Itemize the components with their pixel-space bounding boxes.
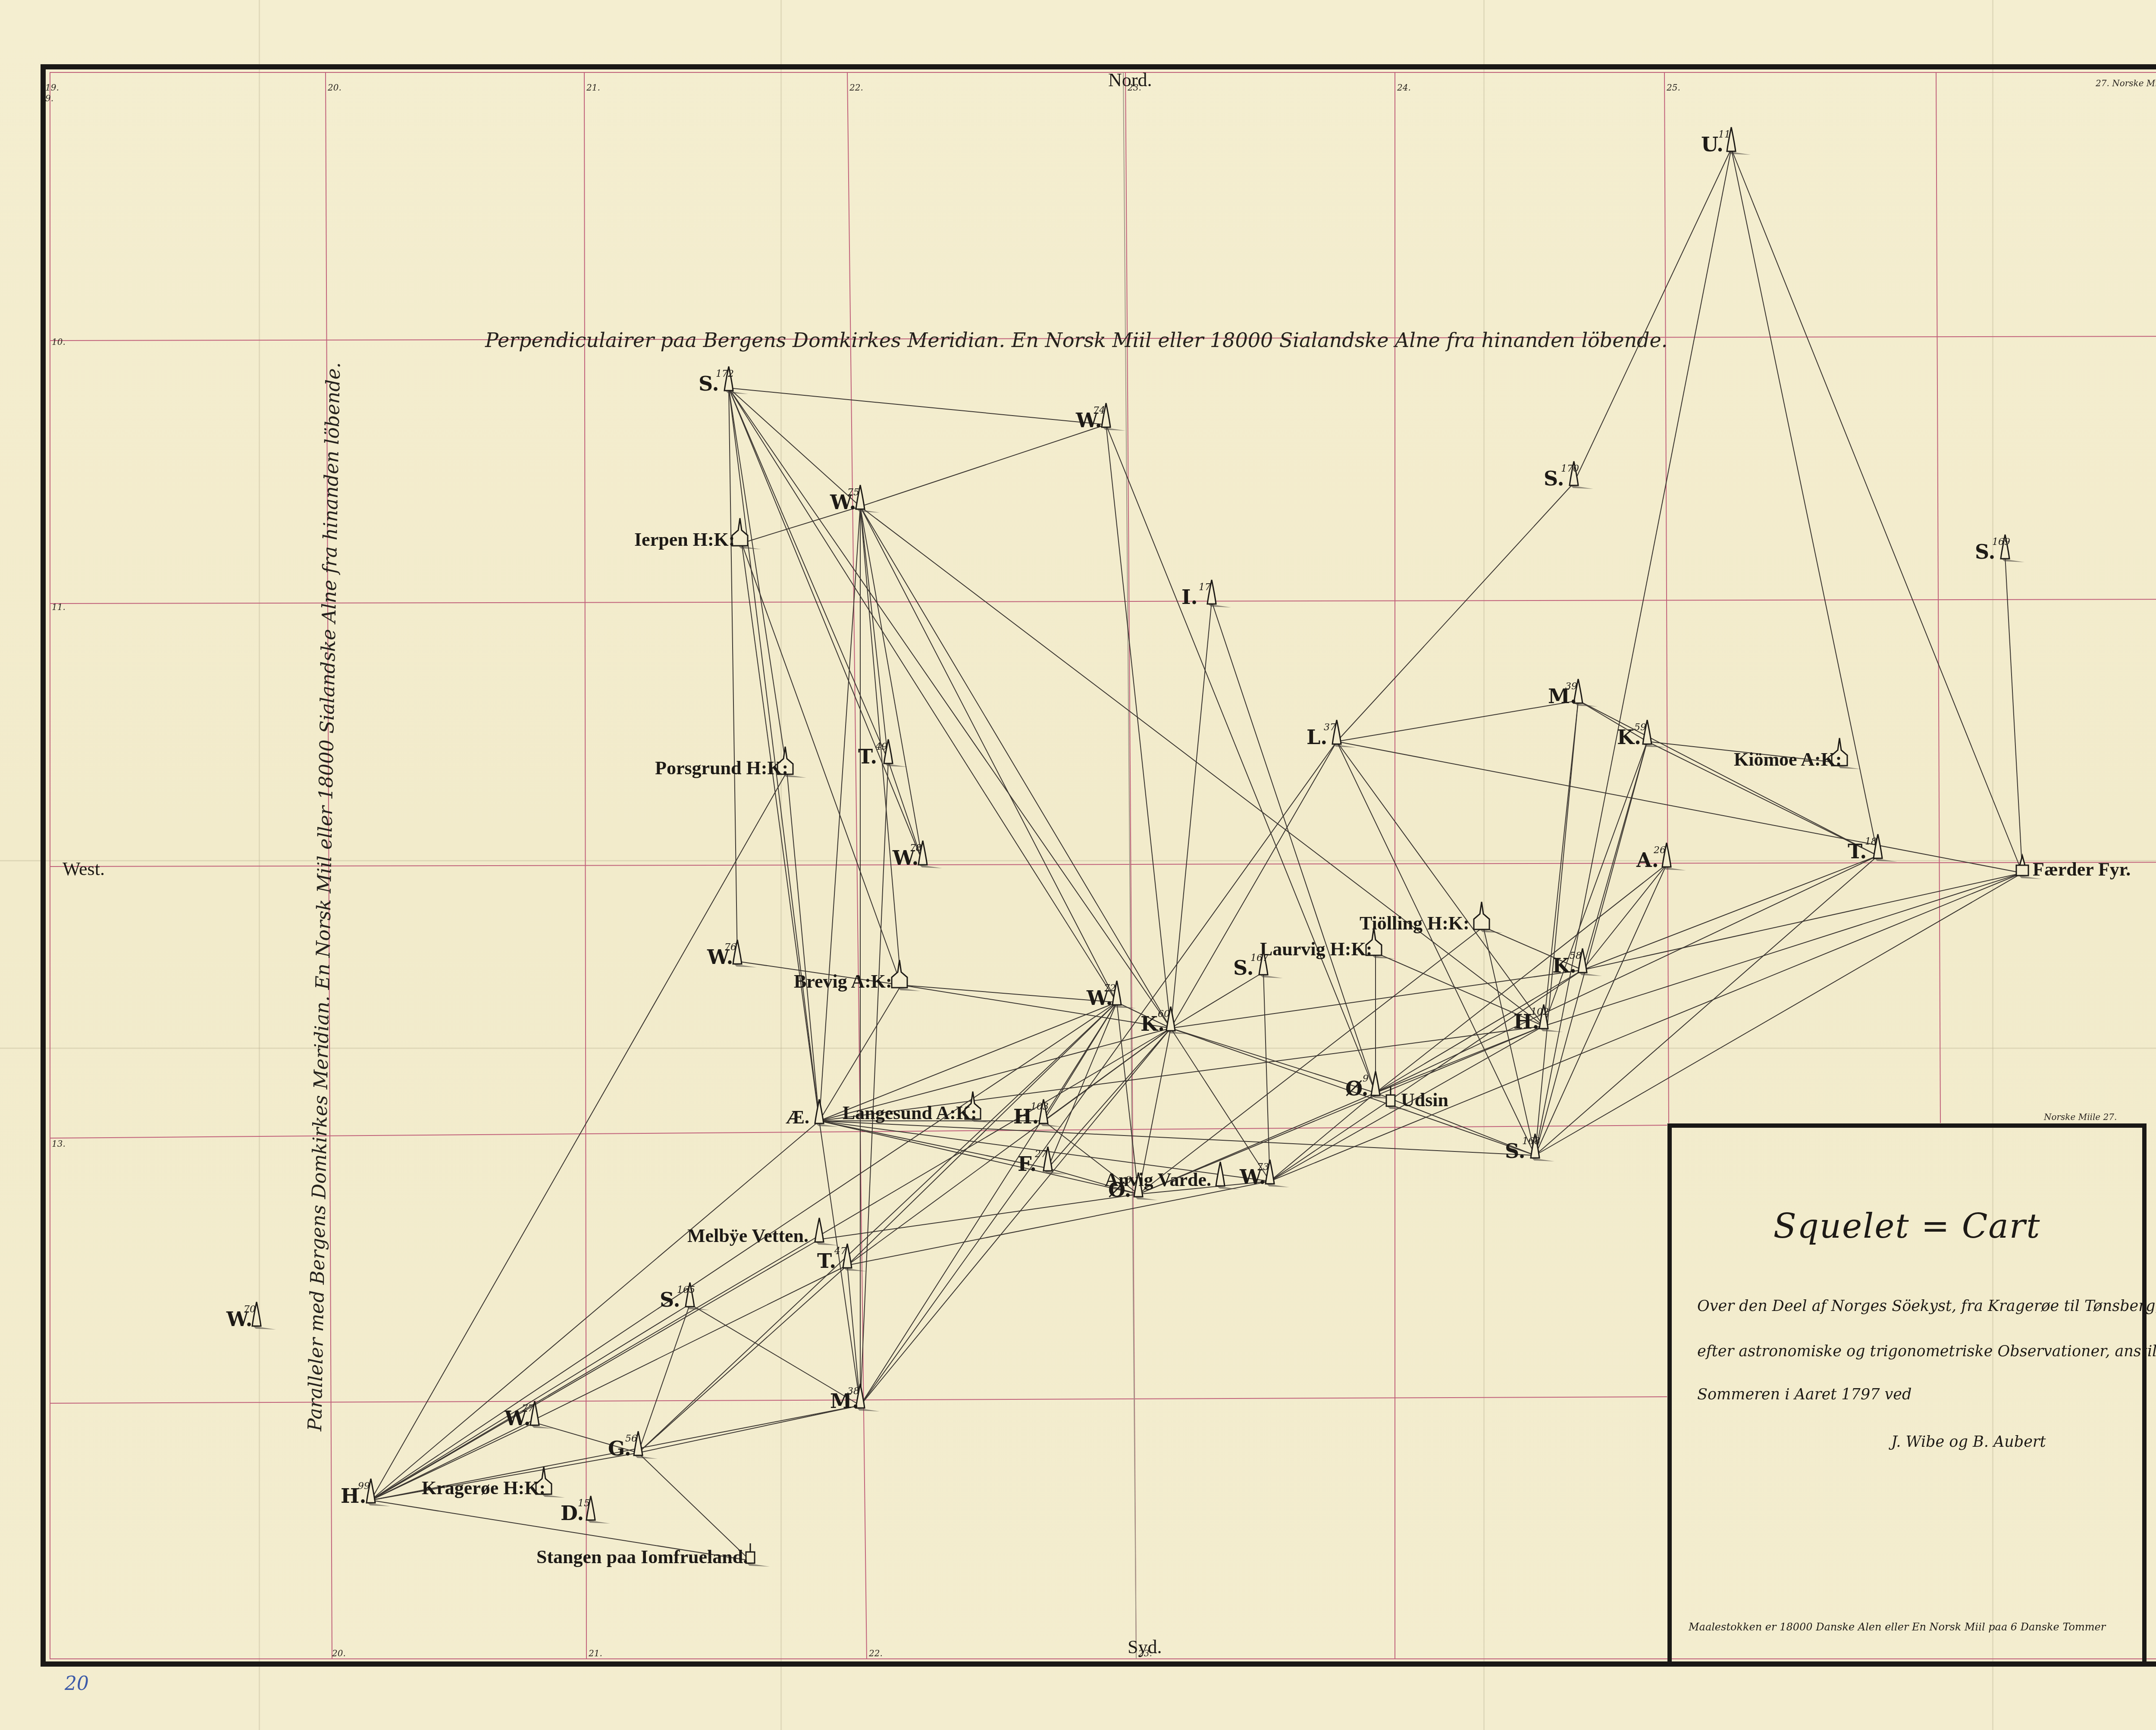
station-number: 172: [716, 369, 734, 379]
station-label: Udsin: [1401, 1089, 1448, 1111]
lighthouse-icon: [2016, 856, 2028, 876]
station-number: 78: [910, 843, 922, 854]
grid-number: 10.: [52, 337, 66, 347]
sight-line: [1544, 873, 2022, 1026]
sight-line: [1171, 972, 1263, 1028]
sight-line: [1535, 873, 2022, 1155]
grid-number: 19.: [45, 82, 59, 93]
sight-line: [860, 1028, 1171, 1405]
map-title: Squelet = Cart: [1667, 1207, 2147, 1246]
grid-number: 9.: [45, 93, 53, 103]
station-m39: M.39: [1548, 679, 1598, 708]
grid-number: 22.: [849, 82, 863, 93]
sight-line: [1535, 701, 1578, 1155]
station-stangen: Stangen paa Iomfrueland.: [536, 1543, 770, 1567]
station-s172: S.172: [699, 366, 748, 395]
sight-line: [860, 425, 1106, 507]
sight-line: [1337, 741, 2022, 873]
station-number: 47: [834, 1246, 846, 1257]
station-label: Kragerøe H:K:: [422, 1477, 545, 1498]
sight-line: [847, 1028, 1171, 1265]
sight-line: [638, 1405, 860, 1453]
station-label: Melbÿe Vetten.: [687, 1225, 808, 1246]
beacon-icon: [1386, 1086, 1395, 1106]
grid-number: 20.: [327, 82, 342, 93]
sight-line: [371, 1028, 1171, 1500]
sight-line: [860, 741, 1337, 1405]
sight-line: [729, 388, 1106, 425]
description-line-1: Over den Deel af Norges Söekyst, fra Kra…: [1697, 1298, 2156, 1315]
station-d15: D.15: [561, 1496, 610, 1525]
sight-line: [1048, 1002, 1117, 1168]
meridian-line: [1123, 72, 1136, 1659]
description-line-2: efter astronomiske og trigonometriske Ob…: [1697, 1343, 2156, 1360]
station-number: 77: [522, 1403, 534, 1414]
sight-line: [1270, 1093, 1376, 1181]
station-number: 76: [724, 942, 736, 953]
station-number: 72: [1104, 983, 1116, 994]
sight-line: [729, 388, 1171, 1028]
station-number: 73: [1257, 1162, 1269, 1173]
station-number: 37: [1324, 722, 1336, 733]
station-number: 27: [1034, 1149, 1047, 1160]
station-number: 169: [1992, 537, 2010, 547]
station-melbye: Melbÿe Vetten.: [687, 1218, 839, 1246]
sight-line: [371, 1239, 819, 1500]
station-h103: H.103: [1013, 1099, 1063, 1128]
sight-line: [638, 1453, 750, 1561]
station-s170: S.170: [1544, 461, 1593, 490]
sight-line: [729, 388, 737, 961]
station-number: 18: [1865, 836, 1877, 847]
sight-line: [371, 1121, 819, 1500]
station-label: Færder Fyr.: [2033, 859, 2131, 880]
station-number: 39: [1565, 681, 1577, 692]
corner-note: Norske Miile 27.: [2043, 1112, 2117, 1122]
sight-line: [1337, 701, 1578, 741]
station-number: 49: [875, 741, 887, 752]
station-anvig: Anvig Varde.: [1105, 1162, 1240, 1190]
station-number: 103: [1031, 1101, 1049, 1112]
perpendicular-caption: Perpendiculairer paa Bergens Domkirkes M…: [485, 328, 1667, 352]
title-cartouche: Squelet = Cart Over den Deel af Norges S…: [1667, 1123, 2147, 1667]
station-w76: W.76: [707, 940, 757, 969]
station-w72: W.72: [1086, 981, 1136, 1010]
church-icon: [1474, 902, 1489, 929]
sight-line: [847, 1265, 860, 1405]
station-number: 38: [847, 1386, 859, 1397]
sight-line: [1578, 701, 1878, 856]
sight-line: [1171, 741, 1337, 1028]
sight-line: [1535, 856, 1878, 1155]
sight-line: [729, 388, 1117, 1002]
sight-line: [1048, 1028, 1171, 1168]
station-number: 26: [1653, 845, 1666, 856]
station-number: 70: [244, 1304, 256, 1315]
station-number: 102: [1531, 1007, 1549, 1017]
signature: J. Wibe og B. Aubert: [1891, 1433, 2046, 1451]
station-label: F.: [1018, 1152, 1037, 1176]
station-label: Langesund A:K:: [843, 1102, 977, 1123]
station-label: Ierpen H:K:: [634, 529, 735, 550]
station-a26: A.26: [1636, 843, 1686, 872]
sight-line: [1535, 864, 1667, 1155]
sight-line: [2005, 556, 2022, 873]
sight-line: [1376, 856, 1878, 1093]
station-number: 58: [1570, 951, 1582, 961]
sight-line: [371, 1265, 847, 1500]
sight-line: [1483, 927, 1535, 1155]
sight-line: [1337, 741, 1544, 1026]
grid-number: 13.: [52, 1139, 66, 1149]
station-label: Stangen paa Iomfrueland.: [536, 1546, 748, 1567]
sight-line: [1106, 425, 1171, 1028]
station-w75: W.75: [830, 485, 880, 514]
cairn-icon: [815, 1218, 824, 1242]
sight-line: [1117, 1002, 1138, 1194]
compass-south: Syd.: [1128, 1636, 1162, 1658]
station-number: 168: [1522, 1136, 1540, 1147]
station-u: U.11: [1701, 127, 1751, 156]
station-number: 9: [1363, 1073, 1369, 1084]
station-label: T.: [858, 745, 877, 768]
station-number: 15: [578, 1498, 590, 1509]
sight-line: [371, 772, 787, 1500]
sight-line: [860, 507, 1171, 1028]
station-label: T.: [1848, 840, 1867, 863]
station-laurvig: Laurvig H:K:: [1260, 928, 1395, 960]
station-l37: L.37: [1307, 720, 1356, 749]
sight-line: [860, 507, 1117, 1002]
sight-line: [847, 1181, 1270, 1265]
station-number: 11: [1718, 129, 1730, 140]
corner-note: 27. Norske Miile: [2095, 78, 2156, 88]
sight-line: [847, 1002, 1117, 1265]
station-number: 17: [1199, 582, 1211, 593]
compass-north: Nord.: [1108, 69, 1152, 91]
sight-line: [742, 543, 819, 1121]
grid-number: 21.: [586, 82, 600, 93]
grid-number: 21.: [588, 1648, 602, 1658]
sight-line: [729, 388, 860, 507]
grid-number: 22.: [868, 1648, 883, 1658]
station-label: Brevig A:K:: [794, 971, 892, 992]
station-number: 56: [625, 1433, 637, 1444]
grid-number: 20.: [332, 1648, 346, 1658]
sight-line: [1337, 483, 1574, 741]
station-kiomoe: Kiömoe A:K:: [1734, 738, 1861, 770]
cairn-icon: [815, 1099, 824, 1123]
station-brevig: Brevig A:K:: [794, 960, 921, 992]
station-s169: S.169: [1975, 535, 2024, 563]
archive-number: 20: [65, 1673, 89, 1695]
station-number: 99: [358, 1481, 370, 1492]
station-number: 59: [1634, 722, 1646, 733]
station-i17: I.17: [1181, 580, 1231, 609]
station-w77: W.77: [504, 1401, 554, 1430]
sight-line: [819, 1121, 1535, 1155]
station-label: Laurvig H:K:: [1260, 939, 1372, 960]
grid-number: 24.: [1397, 82, 1411, 93]
scale-note: Maalestokken er 18000 Danske Alen eller …: [1689, 1621, 2106, 1633]
station-number: 74: [1093, 405, 1105, 416]
sight-line: [1574, 149, 1731, 483]
sight-line: [371, 1002, 1117, 1500]
sight-line: [901, 985, 1117, 1002]
grid-number: 25.: [1666, 82, 1680, 93]
parallel-caption: Paralleler med Bergens Domkirkes Meridia…: [304, 362, 345, 1432]
sight-line: [860, 1002, 1117, 1405]
compass-west: West.: [63, 858, 105, 879]
sight-line: [787, 772, 819, 1121]
station-label: T.: [817, 1249, 836, 1273]
station-number: 165: [677, 1285, 695, 1295]
station-number: 167: [1250, 953, 1269, 964]
sight-line: [1171, 1028, 1376, 1093]
station-label: Æ.: [786, 1107, 809, 1128]
station-kragerö: Kragerøe H:K:: [422, 1467, 565, 1498]
sight-line: [901, 985, 1171, 1028]
station-faerder: Færder Fyr.: [2016, 856, 2131, 880]
station-number: 75: [847, 487, 859, 498]
description-line-3: Sommeren i Aaret 1797 ved: [1697, 1386, 1912, 1403]
station-number: 60: [1158, 1009, 1170, 1020]
sight-line: [729, 388, 787, 772]
sight-line: [1171, 1028, 1270, 1181]
station-label: I.: [1181, 585, 1198, 609]
station-w74: W.74: [1075, 403, 1125, 432]
station-label: Kiömoe A:K:: [1734, 749, 1842, 770]
station-label: Tiölling H:K:: [1360, 913, 1470, 934]
sight-line: [1263, 972, 1270, 1181]
station-langesund: Langesund A:K:: [843, 1092, 994, 1123]
station-w78: W.78: [892, 841, 942, 870]
grid-number: 11.: [52, 602, 66, 612]
station-ierpen: Ierpen H:K:: [634, 518, 761, 550]
station-label: Porsgrund H:K:: [655, 757, 788, 779]
sight-line: [860, 761, 888, 1405]
station-w70: W.70: [226, 1302, 276, 1331]
sight-line: [638, 1304, 690, 1453]
station-label: Anvig Varde.: [1105, 1169, 1211, 1190]
station-tiolling: Tiölling H:K:: [1360, 902, 1503, 934]
sight-line: [1583, 856, 1878, 970]
station-number: 170: [1561, 463, 1579, 474]
